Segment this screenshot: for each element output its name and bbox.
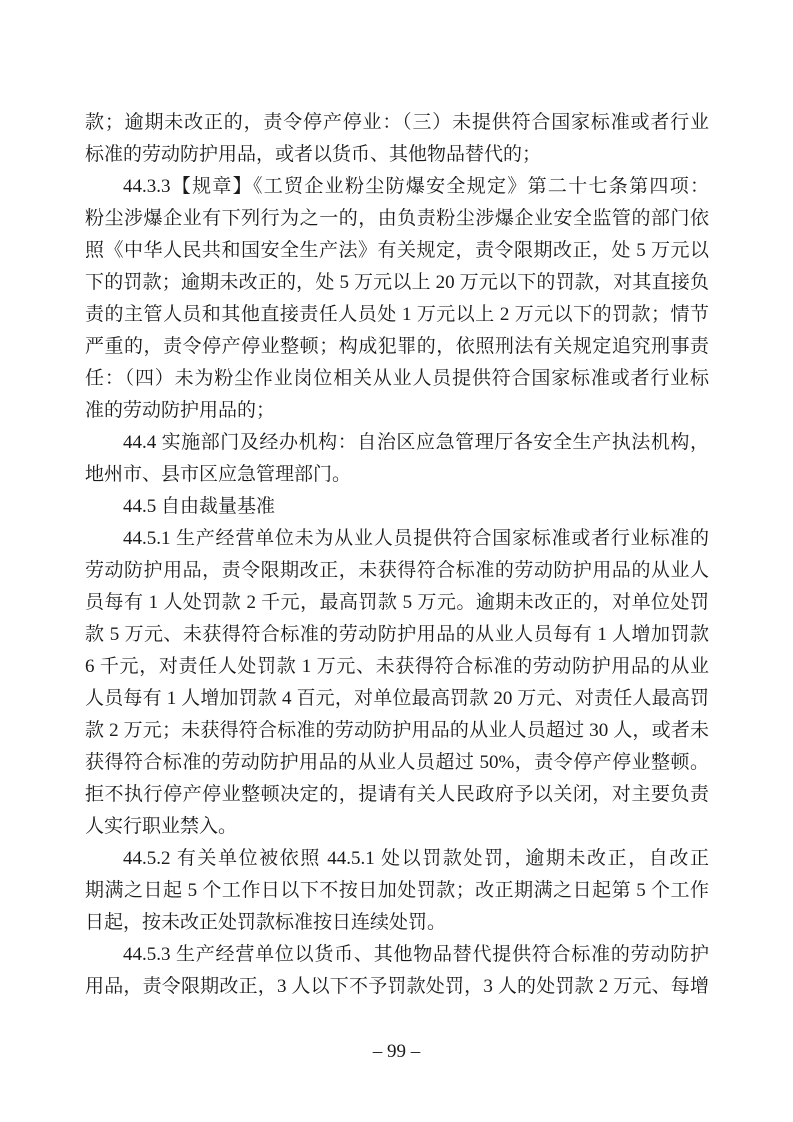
- text-line: 期满之日起 5 个工作日以下不按日加处罚款；改正期满之日起第 5 个工作: [85, 875, 709, 907]
- text-line: 照《中华人民共和国安全生产法》有关规定，责令限期改正，处 5 万元以: [85, 235, 709, 267]
- text-line: 款 2 万元；未获得符合标准的劳动防护用品的从业人员超过 30 人，或者未: [85, 715, 709, 747]
- text-line: 员每有 1 人处罚款 2 千元，最高罚款 5 万元。逾期未改正的，对单位处罚: [85, 587, 709, 619]
- text-line: 准的劳动防护用品的；: [85, 395, 709, 427]
- document-page: 款；逾期未改正的，责令停产停业：（三）未提供符合国家标准或者行业标准的劳动防护用…: [0, 0, 793, 1122]
- text-line: 下的罚款；逾期未改正的，处 5 万元以上 20 万元以下的罚款，对其直接负: [85, 267, 709, 299]
- text-line: 获得符合标准的劳动防护用品的从业人员超过 50%，责令停产停业整顿。: [85, 747, 709, 779]
- text-line: 地州市、县市区应急管理部门。: [85, 459, 709, 491]
- text-line: 44.5.3 生产经营单位以货币、其他物品替代提供符合标准的劳动防护: [85, 939, 709, 971]
- text-line: 粉尘涉爆企业有下列行为之一的，由负责粉尘涉爆企业安全监管的部门依: [85, 203, 709, 235]
- text-line: 款；逾期未改正的，责令停产停业：（三）未提供符合国家标准或者行业: [85, 107, 709, 139]
- text-line: 款 5 万元、未获得符合标准的劳动防护用品的从业人员每有 1 人增加罚款: [85, 619, 709, 651]
- text-line: 44.5.1 生产经营单位未为从业人员提供符合国家标准或者行业标准的: [85, 523, 709, 555]
- text-line: 44.4 实施部门及经办机构：自治区应急管理厅各安全生产执法机构，: [85, 427, 709, 459]
- text-line: 人实行职业禁入。: [85, 811, 709, 843]
- text-line: 劳动防护用品，责令限期改正，未获得符合标准的劳动防护用品的从业人: [85, 555, 709, 587]
- text-line: 任：（四）未为粉尘作业岗位相关从业人员提供符合国家标准或者行业标: [85, 363, 709, 395]
- text-line: 44.5 自由裁量基准: [85, 491, 709, 523]
- text-line: 44.5.2 有关单位被依照 44.5.1 处以罚款处罚，逾期未改正，自改正: [85, 843, 709, 875]
- text-line: 人员每有 1 人增加罚款 4 百元，对单位最高罚款 20 万元、对责任人最高罚: [85, 683, 709, 715]
- body-text: 款；逾期未改正的，责令停产停业：（三）未提供符合国家标准或者行业标准的劳动防护用…: [85, 107, 709, 1003]
- page-number: – 99 –: [373, 1041, 421, 1062]
- text-line: 6 千元，对责任人处罚款 1 万元、未获得符合标准的劳动防护用品的从业: [85, 651, 709, 683]
- text-line: 日起，按未改正处罚款标准按日连续处罚。: [85, 907, 709, 939]
- text-line: 标准的劳动防护用品，或者以货币、其他物品替代的；: [85, 139, 709, 171]
- page-footer: – 99 –: [0, 1038, 793, 1066]
- text-line: 44.3.3【规章】《工贸企业粉尘防爆安全规定》第二十七条第四项：: [85, 171, 709, 203]
- text-line: 责的主管人员和其他直接责任人员处 1 万元以上 2 万元以下的罚款；情节: [85, 299, 709, 331]
- text-line: 拒不执行停产停业整顿决定的，提请有关人民政府予以关闭，对主要负责: [85, 779, 709, 811]
- text-line: 用品，责令限期改正，3 人以下不予罚款处罚，3 人的处罚款 2 万元、每增: [85, 971, 709, 1003]
- text-line: 严重的，责令停产停业整顿；构成犯罪的，依照刑法有关规定追究刑事责: [85, 331, 709, 363]
